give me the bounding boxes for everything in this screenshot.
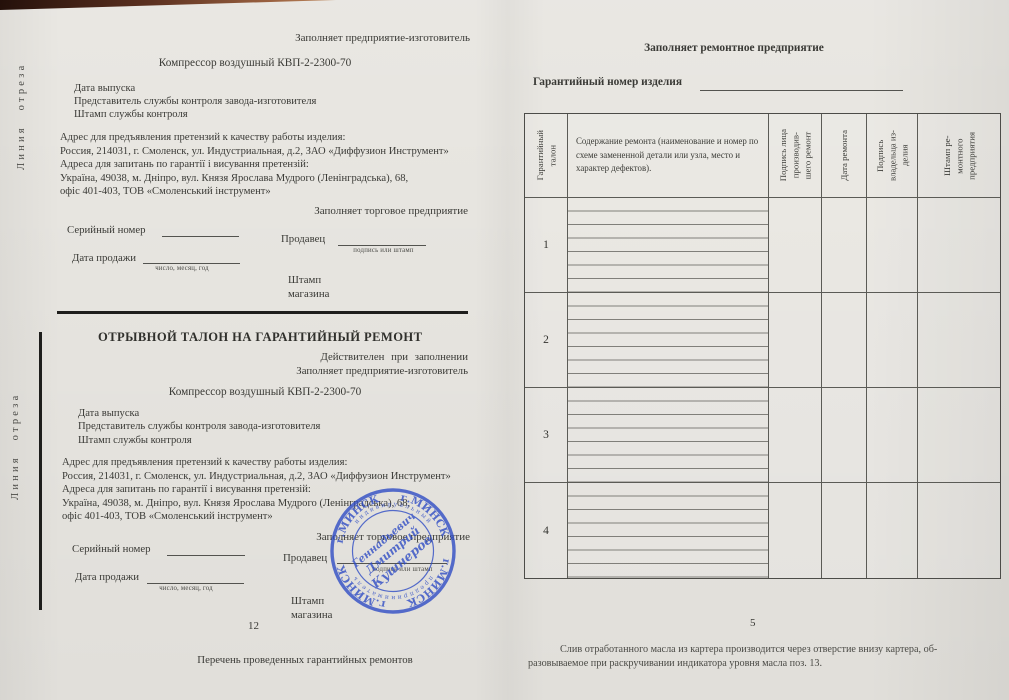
address-line: офіс 401-403, ТОВ «Смоленський інструмен… [60,185,449,199]
repair-fills-label: Заполняет ремонтное предприятие [599,42,869,54]
empty-cell [867,198,918,293]
coupon-sale-date-label: Дата продажи [75,571,139,583]
product-name: Компрессор воздушный КВП-2-2300-70 [40,57,470,69]
empty-cell [918,388,1000,483]
sale-date-line [143,263,240,264]
cut-line-label-bottom: Линия отреза [10,366,21,500]
empty-cell [918,293,1000,388]
coupon-serial-number-line [167,555,245,556]
factory-field-qc-representative: Представитель службы контроля завода-изг… [74,95,316,108]
seller-round-stamp: г.МИНСК г.МИНСК г.МИНСК г.МИНСК индивиду… [320,478,466,624]
empty-cell [867,388,918,483]
address-line: Адреса для запитань по гарантії і висува… [60,158,449,172]
sale-date-hint: число, месяц, год [146,265,218,272]
oil-drain-note-line1: Слив отработанного масла из картера прои… [528,643,1002,657]
manufacturer-fills-label: Заполняет предприятие-изготовитель [150,32,470,44]
repair-entry-lines [568,483,769,578]
repair-entry-lines [568,293,769,388]
tear-off-line [57,311,468,314]
warranty-booklet-scan: Линия отреза Заполняет предприятие-изгот… [0,0,1009,700]
repair-entry-lines [568,388,769,483]
trade-fills-label: Заполняет торговое предприятие [150,205,468,217]
coupon-title: ОТРЫВНОЙ ТАЛОН НА ГАРАНТИЙНЫЙ РЕМОНТ [98,330,422,345]
th-repair-content-label: Содержание ремонта (наименование и номер… [576,135,760,175]
stamp-center-name: Геннадьевич Дмитрий Кушнеров [349,510,437,593]
th-warranty-coupon-label: Гарантийный талон [534,130,559,180]
empty-cell [918,198,1000,293]
th-owner-signature: Подпись владельца из- делия [867,114,918,198]
table-row-number: 1 [525,198,568,293]
seller-hint: подпись или штамп [341,247,426,254]
th-repair-shop-stamp: Штамп ре- монтного предприятия [918,114,1000,198]
factory-field-qc-representative: Представитель службы контроля завода-изг… [78,420,320,433]
address-line: Україна, 49038, м. Дніпро, вул. Князя Яр… [60,172,449,186]
factory-field-release-date: Дата выпуска [78,407,320,420]
serial-number-line [162,236,239,237]
table-row-number: 3 [525,388,568,483]
empty-cell [822,293,867,388]
coupon-sale-date-hint: число, месяц, год [150,585,222,592]
address-line: Россия, 214031, г. Смоленск, ул. Индустр… [60,145,449,159]
th-repairer-signature: Подпись лица производив- шего ремонт [769,114,822,198]
warranty-number-line [700,90,903,91]
empty-cell [769,198,822,293]
coupon-factory-fields: Дата выпуска Представитель службы контро… [78,407,320,447]
shop-stamp-line2: магазина [288,288,329,302]
coupon-page-number: 12 [248,620,259,632]
table-row-number: 2 [525,293,568,388]
empty-cell [867,293,918,388]
photo-edge-artifact [0,0,336,10]
empty-cell [769,388,822,483]
th-warranty-coupon: Гарантийный талон [525,114,568,198]
warranty-number-label: Гарантийный номер изделия [533,76,682,88]
empty-cell [769,293,822,388]
coupon-sale-date-line [147,583,244,584]
factory-fields: Дата выпуска Представитель службы контро… [74,82,316,122]
oil-drain-note: Слив отработанного масла из картера прои… [528,643,1002,670]
empty-cell [822,483,867,578]
claims-address-block: Адрес для предъявления претензий к качес… [60,131,449,199]
empty-cell [867,483,918,578]
sale-date-label: Дата продажи [72,252,136,264]
coupon-serial-number-label: Серийный номер [72,543,151,555]
address-line: Адрес для предъявления претензий к качес… [62,456,451,470]
empty-cell [769,483,822,578]
shop-stamp-line1: Штамп [288,274,329,288]
seller-label: Продавец [281,233,325,245]
factory-field-qc-stamp: Штамп службы контроля [74,108,316,121]
repairs-list-title: Перечень проведенных гарантийных ремонто… [90,654,520,666]
cut-line-label-top: Линия отреза [16,46,27,170]
coupon-left-border [39,332,42,610]
repair-page-number: 5 [750,617,756,629]
th-repair-content: Содержание ремонта (наименование и номер… [568,114,769,198]
shop-stamp-label: Штамп магазина [288,274,329,302]
repair-entries-table: Гарантийный талон Содержание ремонта (на… [524,113,1001,579]
coupon-manufacturer-fills-label: Заполняет предприятие-изготовитель [200,365,468,377]
serial-number-label: Серийный номер [67,224,146,236]
empty-cell [918,483,1000,578]
th-repair-date: Дата ремонта [822,114,867,198]
th-owner-signature-label: Подпись владельца из- делия [874,130,911,181]
table-row-number: 4 [525,483,568,578]
oil-drain-note-line2: разовываемое при раскручивании индикатор… [528,657,1002,671]
empty-cell [822,198,867,293]
coupon-product-name: Компрессор воздушный КВП-2-2300-70 [50,386,480,398]
seller-line [338,245,426,246]
factory-field-qc-stamp: Штамп службы контроля [78,434,320,447]
factory-field-release-date: Дата выпуска [74,82,316,95]
th-repair-shop-stamp-label: Штамп ре- монтного предприятия [941,132,978,180]
coupon-valid-note: Действителен при заполнении [200,351,468,363]
empty-cell [822,388,867,483]
repair-entry-lines [568,198,769,293]
address-line: Адрес для предъявления претензий к качес… [60,131,449,145]
th-repair-date-label: Дата ремонта [838,130,850,181]
th-repairer-signature-label: Подпись лица производив- шего ремонт [777,129,814,181]
